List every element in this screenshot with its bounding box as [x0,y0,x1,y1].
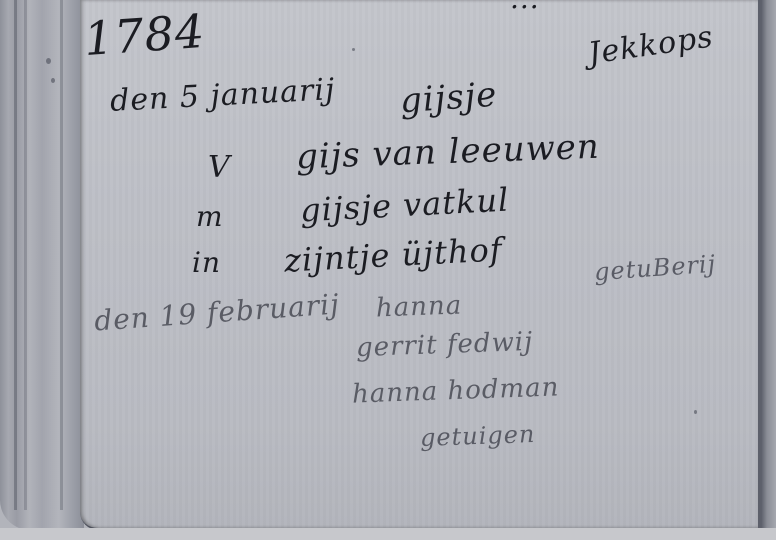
page-right-edge [761,0,776,540]
entry-1-line-2-prefix: m [196,200,224,233]
binding-edge-line [60,0,63,510]
entry-2-father: gerrit fedwij [356,327,534,363]
year-heading: 1784 [82,4,207,66]
entry-2-witness: getuigen [420,420,536,452]
binding-edge-line [24,0,27,510]
ink-speck [51,78,55,83]
ink-speck [46,58,51,64]
binding-edge-line [14,0,17,510]
entry-1-line-1-prefix: V [208,150,231,185]
top-fragment-text: ... [510,0,540,15]
book-binding [0,0,84,530]
ink-speck [694,410,697,414]
entry-1-child-name: gijsje [399,75,499,122]
entry-2-child-name: hanna [376,291,463,324]
entry-1-line-3-prefix: in [192,246,221,279]
page-bottom-edge [0,528,776,540]
ink-speck [352,48,355,51]
